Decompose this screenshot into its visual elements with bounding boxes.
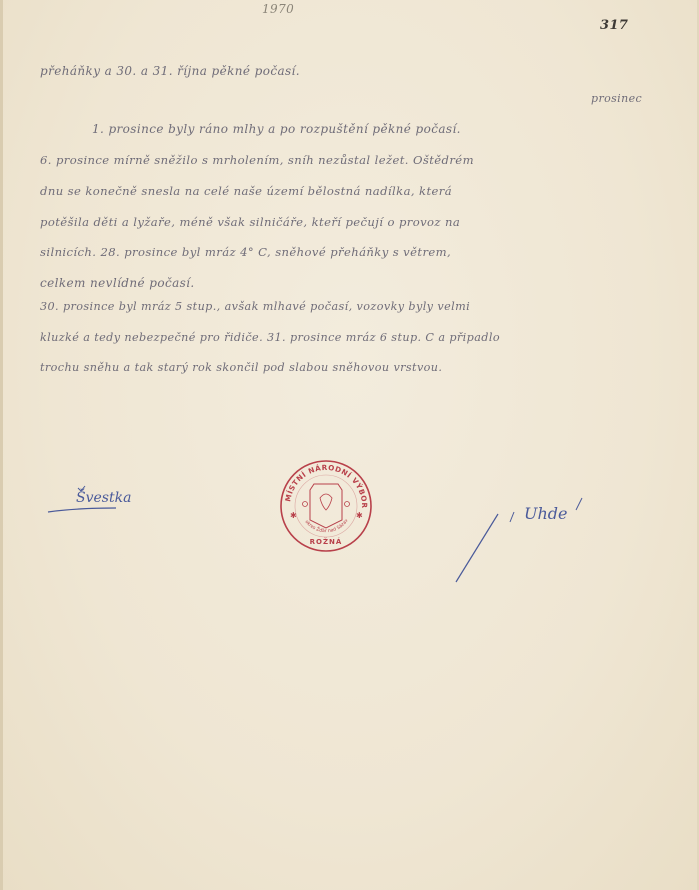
text-line: 30. prosince byl mráz 5 stup., avšak mlh… [40, 300, 470, 313]
signature-right: Uhde [452, 494, 632, 598]
svg-text:✱: ✱ [290, 511, 297, 520]
text-line: 1. prosince byly ráno mlhy a po rozpuště… [92, 122, 461, 136]
text-line: silnicích. 28. prosince byl mráz 4° C, s… [40, 245, 451, 259]
page-number: 317 [600, 18, 628, 33]
svg-text:MÍSTNÍ NÁRODNÍ VÝBOR: MÍSTNÍ NÁRODNÍ VÝBOR [283, 463, 369, 509]
official-stamp: ✱ ✱ MÍSTNÍ NÁRODNÍ VÝBOR okres Žďár nad … [278, 458, 374, 554]
text-line: celkem nevlídné počasí. [40, 276, 195, 290]
text-line: přeháňky a 30. a 31. října pěkné počasí. [40, 64, 300, 78]
text-line: potěšila děti a lyžaře, méně však silnič… [40, 215, 460, 229]
text-line: trochu sněhu a tak starý rok skončil pod… [40, 361, 442, 374]
text-line: dnu se konečně snesla na celé naše území… [40, 184, 452, 198]
signature-right-name: Uhde [524, 504, 568, 523]
svg-text:✱: ✱ [356, 511, 363, 520]
svg-text:ROŽNÁ: ROŽNÁ [310, 537, 343, 546]
month-margin-note: prosinec [591, 92, 642, 105]
text-line: kluzké a tedy nebezpečné pro řidiče. 31.… [40, 331, 500, 344]
stamp-seal-icon: ✱ ✱ MÍSTNÍ NÁRODNÍ VÝBOR okres Žďár nad … [278, 458, 374, 554]
signature-left-name: Švestka [76, 490, 131, 506]
signature-left: Švestka [46, 484, 156, 528]
year-note: 1970 [262, 2, 294, 16]
text-line: 6. prosince mírně sněžilo s mrholením, s… [40, 153, 474, 167]
document-page: 1970 317 přeháňky a 30. a 31. října pěkn… [0, 0, 699, 890]
